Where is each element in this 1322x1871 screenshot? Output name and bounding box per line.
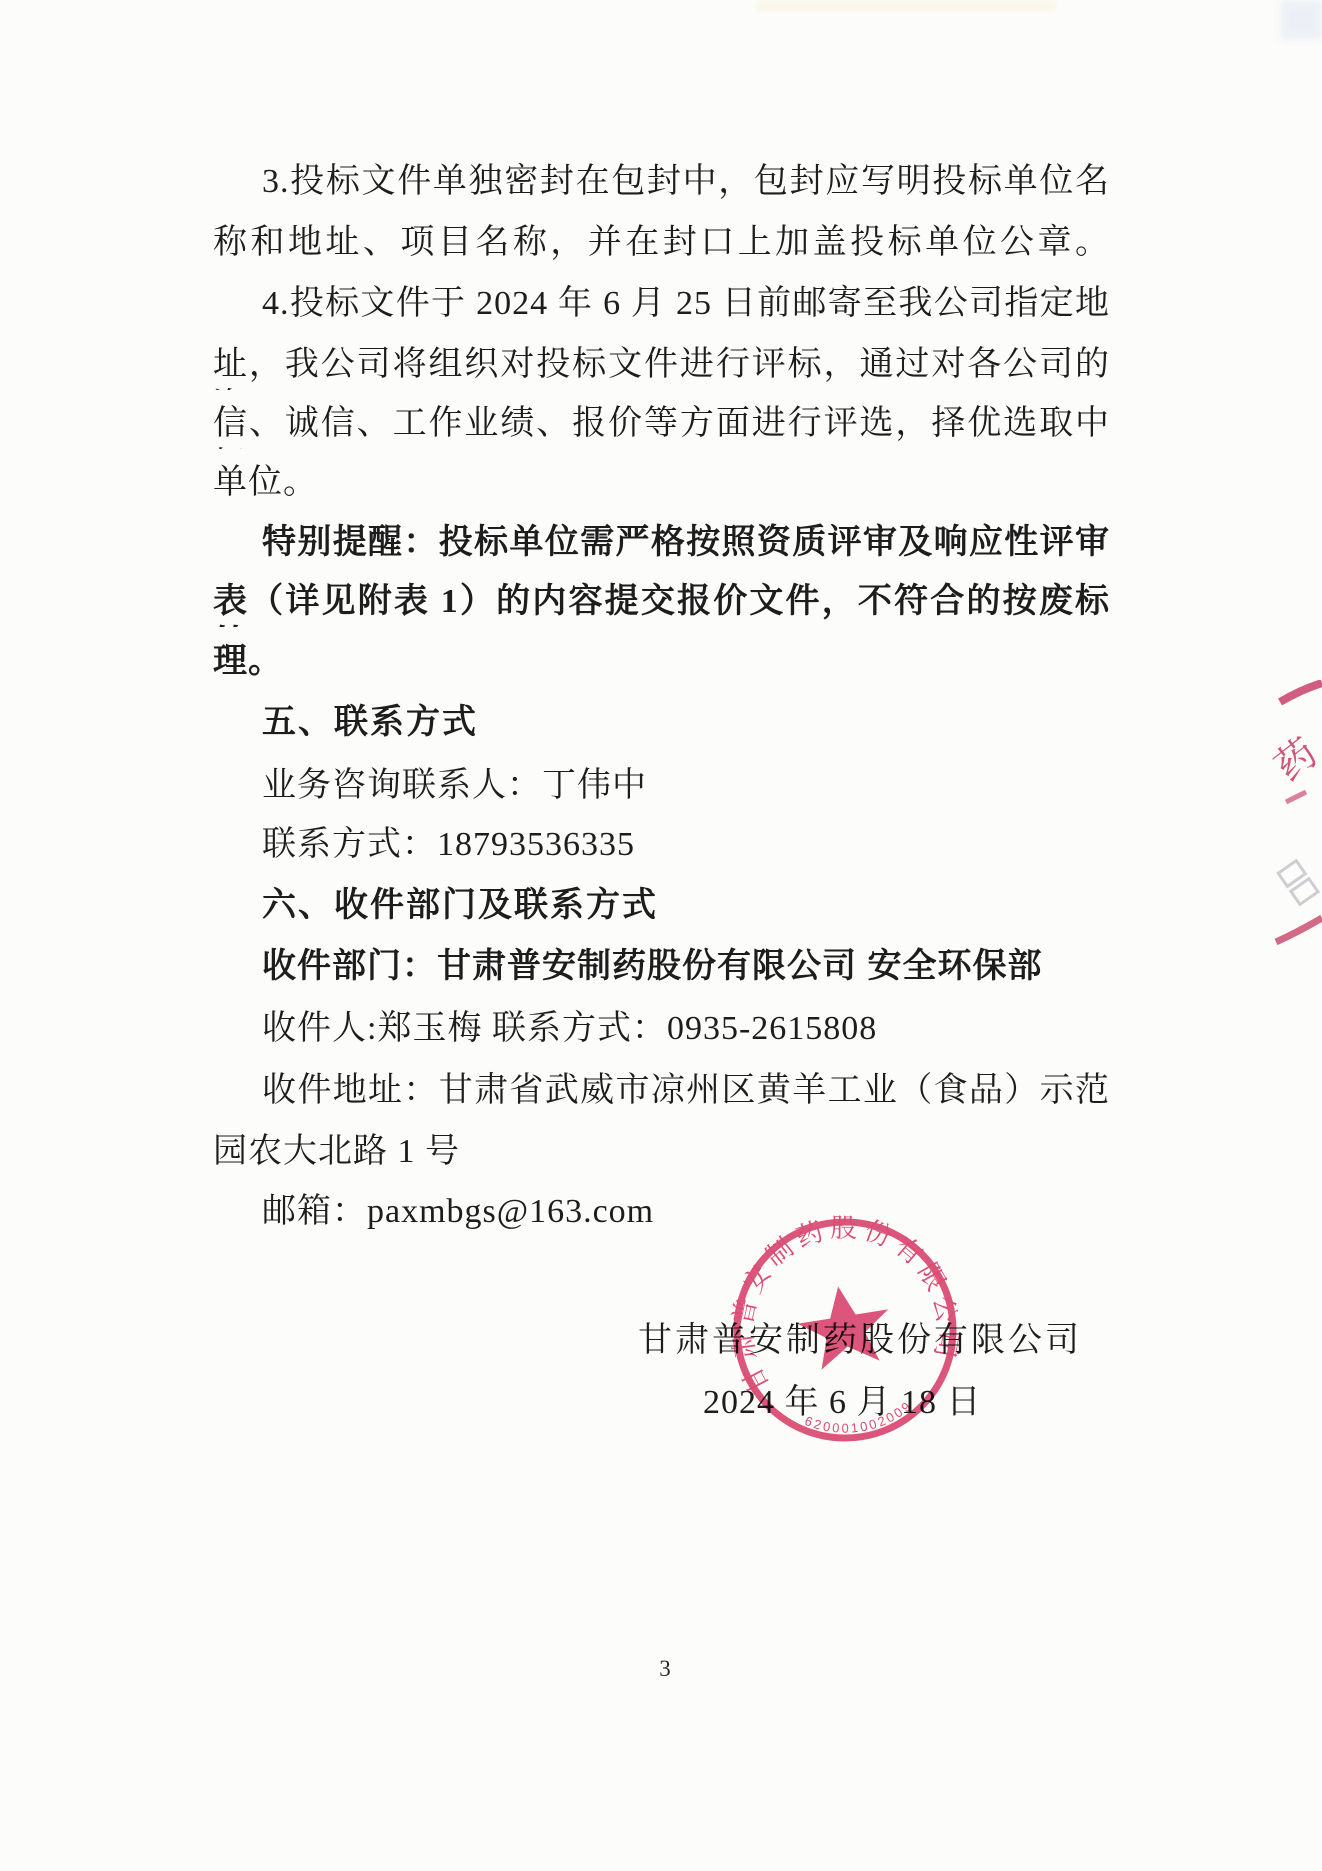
text-line: 邮箱：paxmbgs@163.com: [262, 1191, 1110, 1233]
text-line: 业务咨询联系人：丁伟中: [262, 765, 1110, 807]
company-seal-stamp: 甘肃普安制药股份有限公司 620001002009: [705, 1190, 984, 1469]
edge-stamp-fragment: 药: [1230, 680, 1322, 960]
text-line: 联系方式：18793536335: [262, 824, 1110, 866]
text-line: 收件人:郑玉梅 联系方式：0935-2615808: [262, 1008, 1110, 1050]
text-line: 称和地址、项目名称，并在封口上加盖投标单位公章。: [213, 222, 1110, 268]
edge-stamp-char: 药: [1266, 730, 1322, 790]
edge-stamp-mark: [1286, 792, 1306, 802]
section-heading: 六、收件部门及联系方式: [262, 884, 1110, 926]
text-line: 收件部门：甘肃普安制药股份有限公司 安全环保部: [262, 945, 1110, 987]
seal-star-icon: [793, 1279, 896, 1372]
special-reminder-line: 理。: [213, 641, 1110, 683]
scan-artifact-top: [756, 0, 1056, 12]
text-line: 址，我公司将组织对投标文件进行评标，通过对各公司的资: [213, 344, 1110, 390]
text-line: 3.投标文件单独密封在包封中，包封应写明投标单位名: [262, 161, 1110, 207]
document-page: 3.投标文件单独密封在包封中，包封应写明投标单位名 称和地址、项目名称，并在封口…: [0, 0, 1322, 1871]
text-line: 单位。: [213, 462, 1110, 504]
page-number: 3: [650, 1656, 680, 1682]
text-line: 园农大北路 1 号: [213, 1131, 1110, 1173]
section-heading: 五、联系方式: [262, 701, 1110, 743]
text-line: 收件地址：甘肃省武威市凉州区黄羊工业（食品）示范: [262, 1070, 1110, 1116]
special-reminder-line: 特别提醒：投标单位需严格按照资质评审及响应性评审: [262, 522, 1110, 568]
special-reminder-line: 表（详见附表 1）的内容提交报价文件，不符合的按废标处: [213, 581, 1110, 627]
text-line: 信、诚信、工作业绩、报价等方面进行评选，择优选取中标: [213, 403, 1110, 449]
edge-stamp-arc-top: [1280, 683, 1322, 702]
edge-stamp-arc-bottom: [1276, 918, 1322, 942]
text-line: 4.投标文件于 2024 年 6 月 25 日前邮寄至我公司指定地: [262, 283, 1110, 329]
scan-artifact-corner: [1280, 0, 1322, 40]
edge-stamp-faint-glyph: [1278, 861, 1318, 905]
